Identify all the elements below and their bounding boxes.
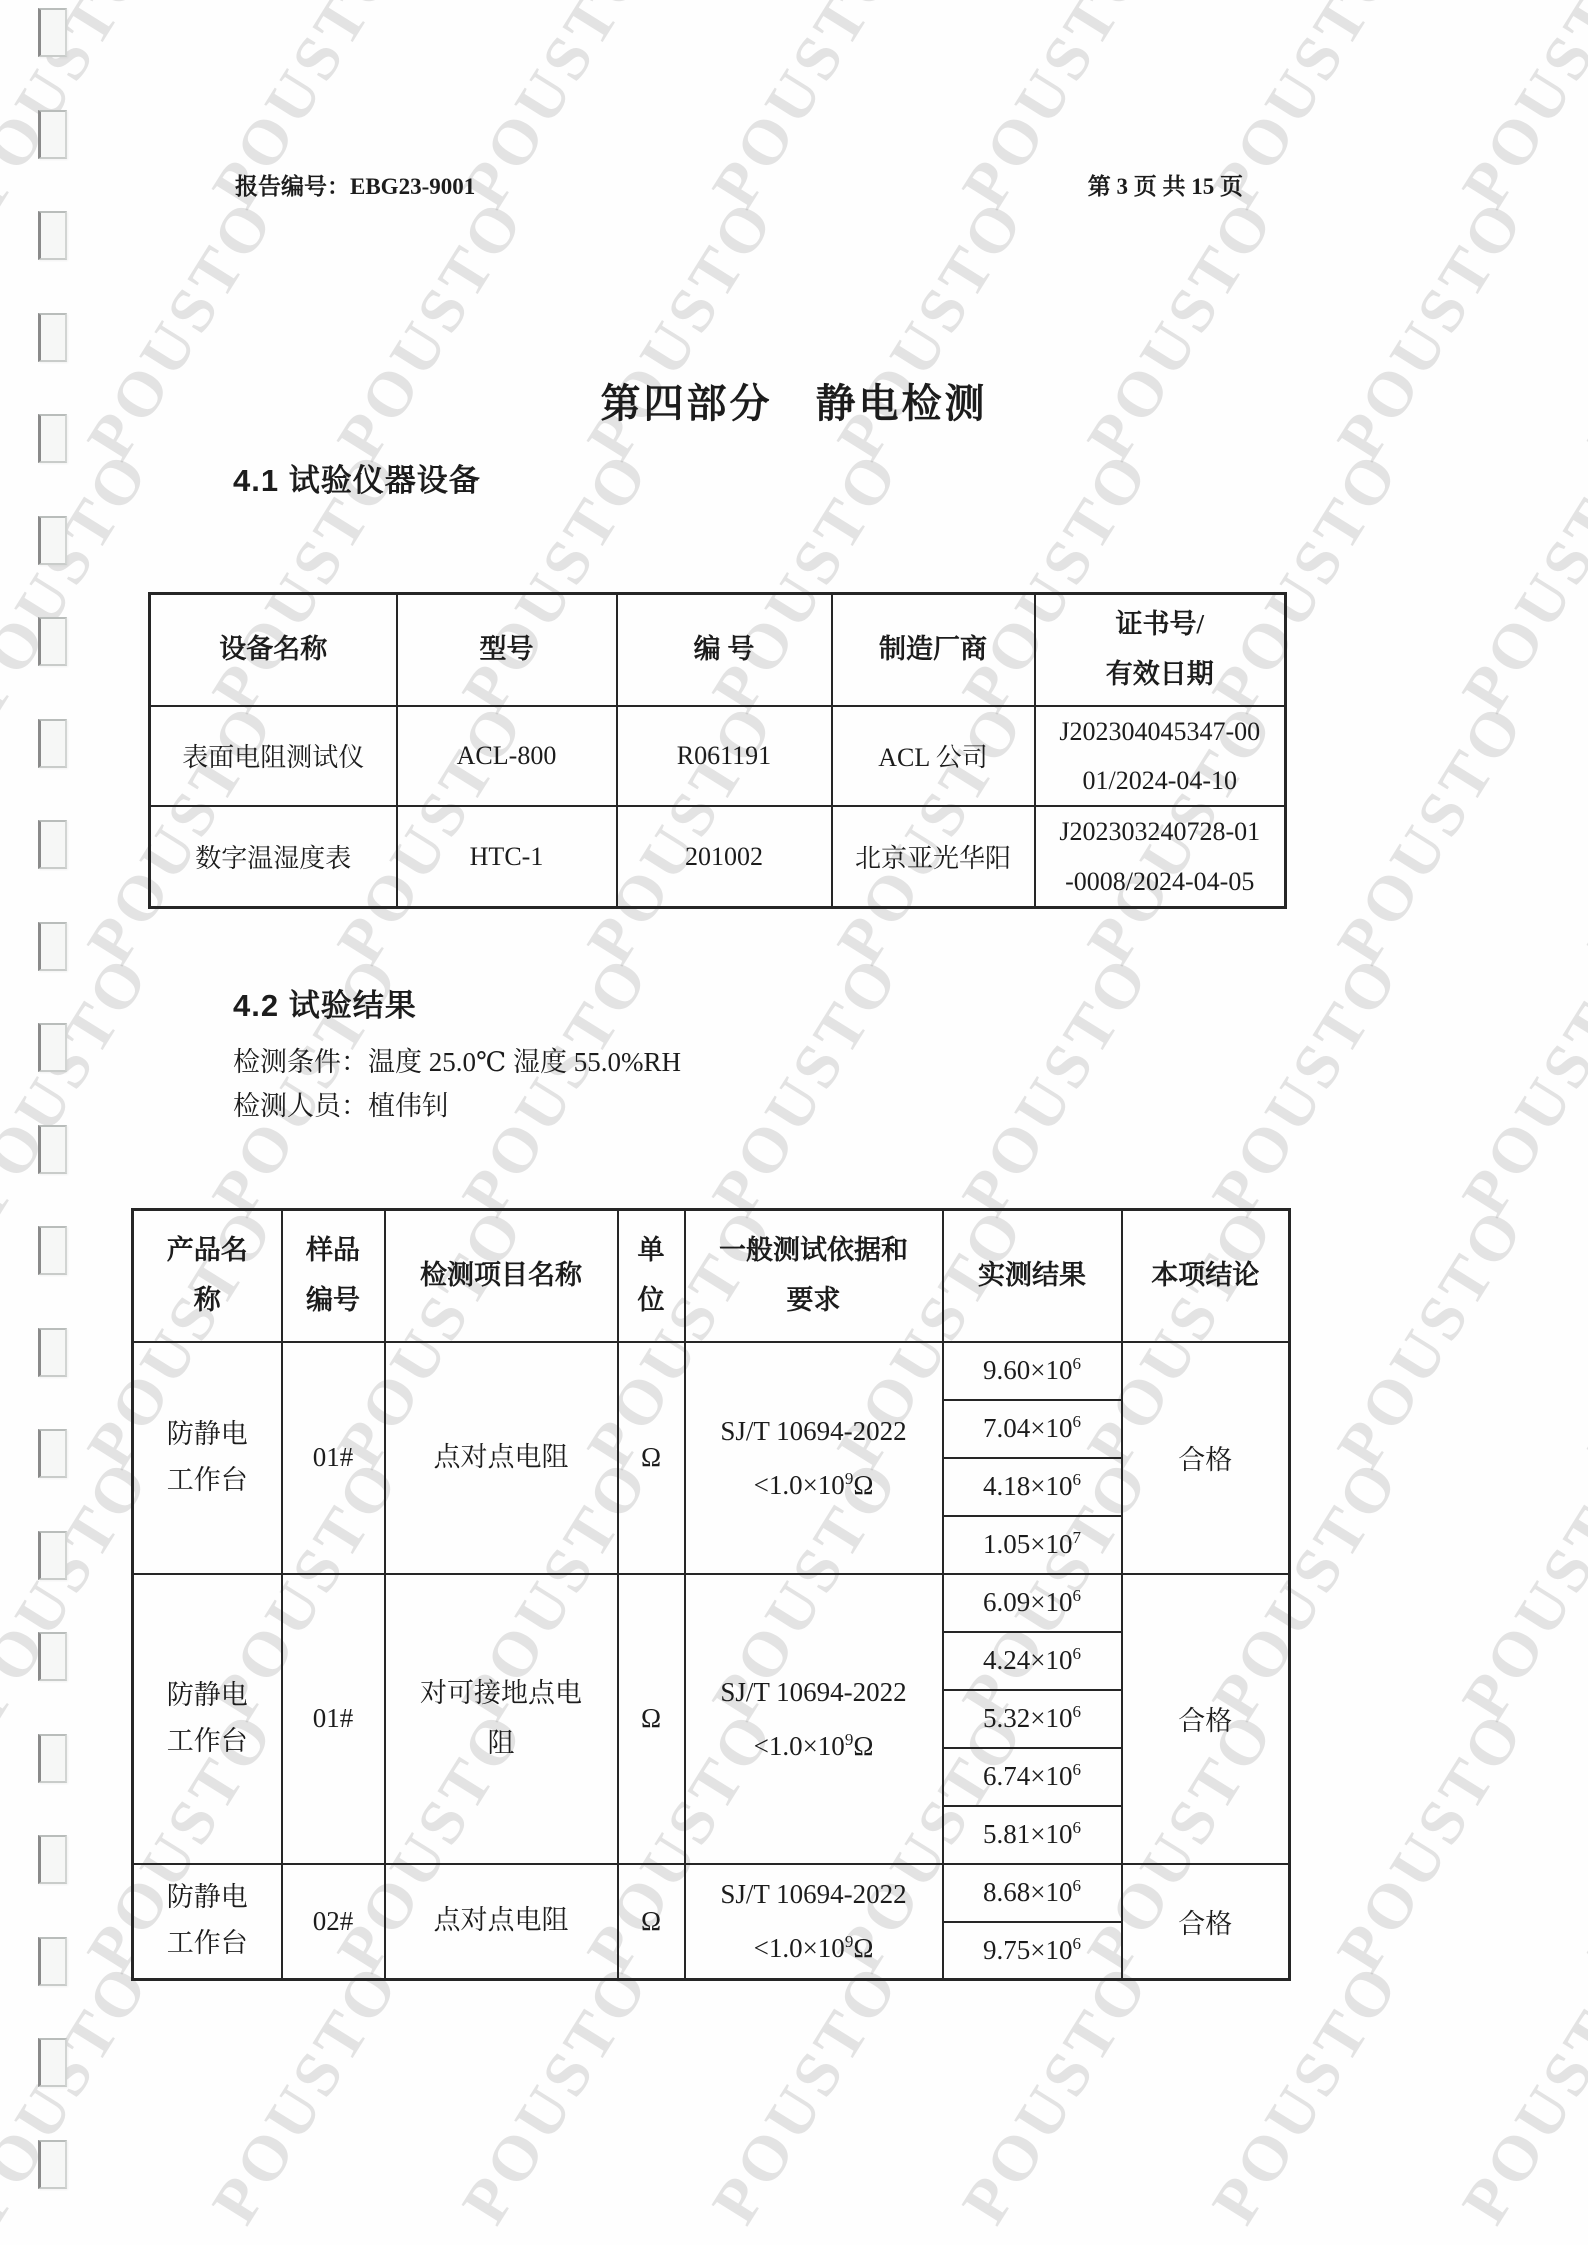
sample-id-cell: 01# — [282, 1342, 385, 1574]
measured-value-cell: 5.32×106 — [943, 1690, 1122, 1748]
measured-value-cell: 6.09×106 — [943, 1574, 1122, 1632]
test-item-cell: 点对点电阻 — [385, 1864, 618, 1980]
limit-unit: Ω — [853, 1470, 873, 1500]
value-exponent: 6 — [1072, 1354, 1081, 1373]
model-cell: ACL-800 — [397, 706, 617, 807]
document-content: 报告编号：EBG23-9001 第 3 页 共 15 页 第四部分 静电检测 4… — [0, 0, 1588, 2245]
test-item-cell: 点对点电阻 — [385, 1342, 618, 1574]
value-exponent: 6 — [1072, 1586, 1081, 1605]
product-name-cell: 防静电 工作台 — [133, 1342, 282, 1574]
manufacturer-cell: 北京亚光华阳 — [832, 806, 1035, 907]
value-mantissa: 5.81×10 — [983, 1819, 1072, 1849]
results-table: 产品名 称 样品 编号 检测项目名称 单 位 一般测试依据和 要求 实测结果 本… — [131, 1208, 1291, 1981]
product-name-cell: 防静电 工作台 — [133, 1864, 282, 1980]
requirement-standard: SJ/T 10694-2022 — [690, 1665, 938, 1719]
value-exponent: 6 — [1072, 1818, 1081, 1837]
binding-hole — [38, 1632, 67, 1681]
binding-hole — [38, 414, 67, 463]
value-mantissa: 9.75×10 — [983, 1935, 1072, 1965]
conclusion-cell: 合格 — [1122, 1864, 1290, 1980]
limit-mantissa: <1.0×10 — [754, 1731, 845, 1761]
device-name-cell: 数字温湿度表 — [150, 806, 397, 907]
sample-id-cell: 01# — [282, 1574, 385, 1864]
table-row: 防静电 工作台 02# 点对点电阻 Ω SJ/T 10694-2022 <1.0… — [133, 1864, 1290, 1922]
requirement-limit: <1.0×109Ω — [690, 1719, 938, 1773]
product-name-cell: 防静电 工作台 — [133, 1574, 282, 1864]
measured-value-cell: 4.18×106 — [943, 1458, 1122, 1516]
limit-unit: Ω — [853, 1731, 873, 1761]
requirement-cell: SJ/T 10694-2022 <1.0×109Ω — [685, 1864, 943, 1980]
measured-value-cell: 5.81×106 — [943, 1806, 1122, 1864]
page: POUSTOPOUSTOPOUSTOPOUSTOPOUSTOPOUSTOPOUS… — [0, 0, 1588, 2245]
value-exponent: 6 — [1072, 1470, 1081, 1489]
limit-mantissa: <1.0×10 — [754, 1933, 845, 1963]
column-header-test-item: 检测项目名称 — [385, 1210, 618, 1342]
requirement-standard: SJ/T 10694-2022 — [690, 1867, 938, 1921]
column-header-device-name: 设备名称 — [150, 594, 397, 706]
column-header-product: 产品名 称 — [133, 1210, 282, 1342]
requirement-standard: SJ/T 10694-2022 — [690, 1404, 938, 1458]
binding-hole — [38, 313, 67, 362]
conclusion-cell: 合格 — [1122, 1574, 1290, 1864]
column-header-measured: 实测结果 — [943, 1210, 1122, 1342]
binding-hole — [38, 1429, 67, 1478]
value-exponent: 6 — [1072, 1412, 1081, 1431]
column-header-manufacturer: 制造厂商 — [832, 594, 1035, 706]
binding-hole — [38, 110, 67, 159]
requirement-limit: <1.0×109Ω — [690, 1921, 938, 1975]
measured-value-cell: 9.60×106 — [943, 1342, 1122, 1400]
binding-hole — [38, 617, 67, 666]
measured-value-cell: 1.05×107 — [943, 1516, 1122, 1574]
value-mantissa: 4.24×10 — [983, 1645, 1072, 1675]
sample-id-cell: 02# — [282, 1864, 385, 1980]
equipment-table-header-row: 设备名称 型号 编 号 制造厂商 证书号/ 有效日期 — [150, 594, 1286, 706]
binding-hole — [38, 1531, 67, 1580]
certificate-cell: J202303240728-01 -0008/2024-04-05 — [1035, 806, 1286, 907]
binding-holes — [0, 0, 90, 2245]
binding-hole — [38, 2140, 67, 2189]
table-row: 表面电阻测试仪 ACL-800 R061191 ACL 公司 J20230404… — [150, 706, 1286, 807]
table-row: 防静电 工作台 01# 点对点电阻 Ω SJ/T 10694-2022 <1.0… — [133, 1342, 1290, 1400]
binding-hole — [38, 719, 67, 768]
section-4-1-heading: 4.1 试验仪器设备 — [233, 455, 481, 500]
value-exponent: 6 — [1072, 1760, 1081, 1779]
test-personnel: 检测人员：植伟钊 — [233, 1084, 449, 1123]
serial-cell: 201002 — [617, 806, 832, 907]
test-item-cell: 对可接地点电 阻 — [385, 1574, 618, 1864]
value-mantissa: 6.09×10 — [983, 1587, 1072, 1617]
value-exponent: 6 — [1072, 1934, 1081, 1953]
requirement-limit: <1.0×109Ω — [690, 1458, 938, 1512]
document-title: 第四部分 静电检测 — [0, 372, 1588, 429]
requirement-cell: SJ/T 10694-2022 <1.0×109Ω — [685, 1342, 943, 1574]
column-header-sample: 样品 编号 — [282, 1210, 385, 1342]
value-exponent: 7 — [1072, 1528, 1081, 1547]
unit-cell: Ω — [618, 1574, 685, 1864]
value-mantissa: 1.05×10 — [983, 1529, 1072, 1559]
measured-value-cell: 6.74×106 — [943, 1748, 1122, 1806]
value-exponent: 6 — [1072, 1702, 1081, 1721]
binding-hole — [38, 1937, 67, 1986]
device-name-cell: 表面电阻测试仪 — [150, 706, 397, 807]
column-header-serial: 编 号 — [617, 594, 832, 706]
binding-hole — [38, 516, 67, 565]
column-header-certificate: 证书号/ 有效日期 — [1035, 594, 1286, 706]
measured-value-cell: 8.68×106 — [943, 1864, 1122, 1922]
column-header-conclusion: 本项结论 — [1122, 1210, 1290, 1342]
column-header-unit: 单 位 — [618, 1210, 685, 1342]
binding-hole — [38, 2038, 67, 2087]
column-header-model: 型号 — [397, 594, 617, 706]
results-table-header-row: 产品名 称 样品 编号 检测项目名称 单 位 一般测试依据和 要求 实测结果 本… — [133, 1210, 1290, 1342]
equipment-table: 设备名称 型号 编 号 制造厂商 证书号/ 有效日期 表面电阻测试仪 ACL-8… — [148, 592, 1287, 909]
requirement-cell: SJ/T 10694-2022 <1.0×109Ω — [685, 1574, 943, 1864]
model-cell: HTC-1 — [397, 806, 617, 907]
binding-hole — [38, 1125, 67, 1174]
value-mantissa: 9.60×10 — [983, 1355, 1072, 1385]
table-row: 防静电 工作台 01# 对可接地点电 阻 Ω SJ/T 10694-2022 <… — [133, 1574, 1290, 1632]
limit-mantissa: <1.0×10 — [754, 1470, 845, 1500]
page-indicator: 第 3 页 共 15 页 — [1088, 168, 1243, 201]
value-mantissa: 6.74×10 — [983, 1761, 1072, 1791]
limit-unit: Ω — [853, 1933, 873, 1963]
value-exponent: 6 — [1072, 1876, 1081, 1895]
unit-cell: Ω — [618, 1864, 685, 1980]
measured-value-cell: 4.24×106 — [943, 1632, 1122, 1690]
report-number: 报告编号：EBG23-9001 — [235, 168, 475, 201]
unit-cell: Ω — [618, 1342, 685, 1574]
conclusion-cell: 合格 — [1122, 1342, 1290, 1574]
binding-hole — [38, 922, 67, 971]
binding-hole — [38, 1226, 67, 1275]
binding-hole — [38, 1734, 67, 1783]
binding-hole — [38, 820, 67, 869]
measured-value-cell: 9.75×106 — [943, 1922, 1122, 1980]
binding-hole — [38, 8, 67, 57]
value-mantissa: 8.68×10 — [983, 1877, 1072, 1907]
manufacturer-cell: ACL 公司 — [832, 706, 1035, 807]
measured-value-cell: 7.04×106 — [943, 1400, 1122, 1458]
binding-hole — [38, 1835, 67, 1884]
certificate-cell: J202304045347-00 01/2024-04-10 — [1035, 706, 1286, 807]
value-mantissa: 5.32×10 — [983, 1703, 1072, 1733]
test-conditions: 检测条件：温度 25.0℃ 湿度 55.0%RH — [233, 1040, 681, 1079]
table-row: 数字温湿度表 HTC-1 201002 北京亚光华阳 J202303240728… — [150, 806, 1286, 907]
binding-hole — [38, 1023, 67, 1072]
value-mantissa: 4.18×10 — [983, 1471, 1072, 1501]
binding-hole — [38, 1328, 67, 1377]
section-4-2-heading: 4.2 试验结果 — [233, 980, 417, 1025]
value-exponent: 6 — [1072, 1644, 1081, 1663]
binding-hole — [38, 211, 67, 260]
serial-cell: R061191 — [617, 706, 832, 807]
column-header-requirement: 一般测试依据和 要求 — [685, 1210, 943, 1342]
page-header: 报告编号：EBG23-9001 第 3 页 共 15 页 — [235, 168, 1243, 201]
value-mantissa: 7.04×10 — [983, 1413, 1072, 1443]
